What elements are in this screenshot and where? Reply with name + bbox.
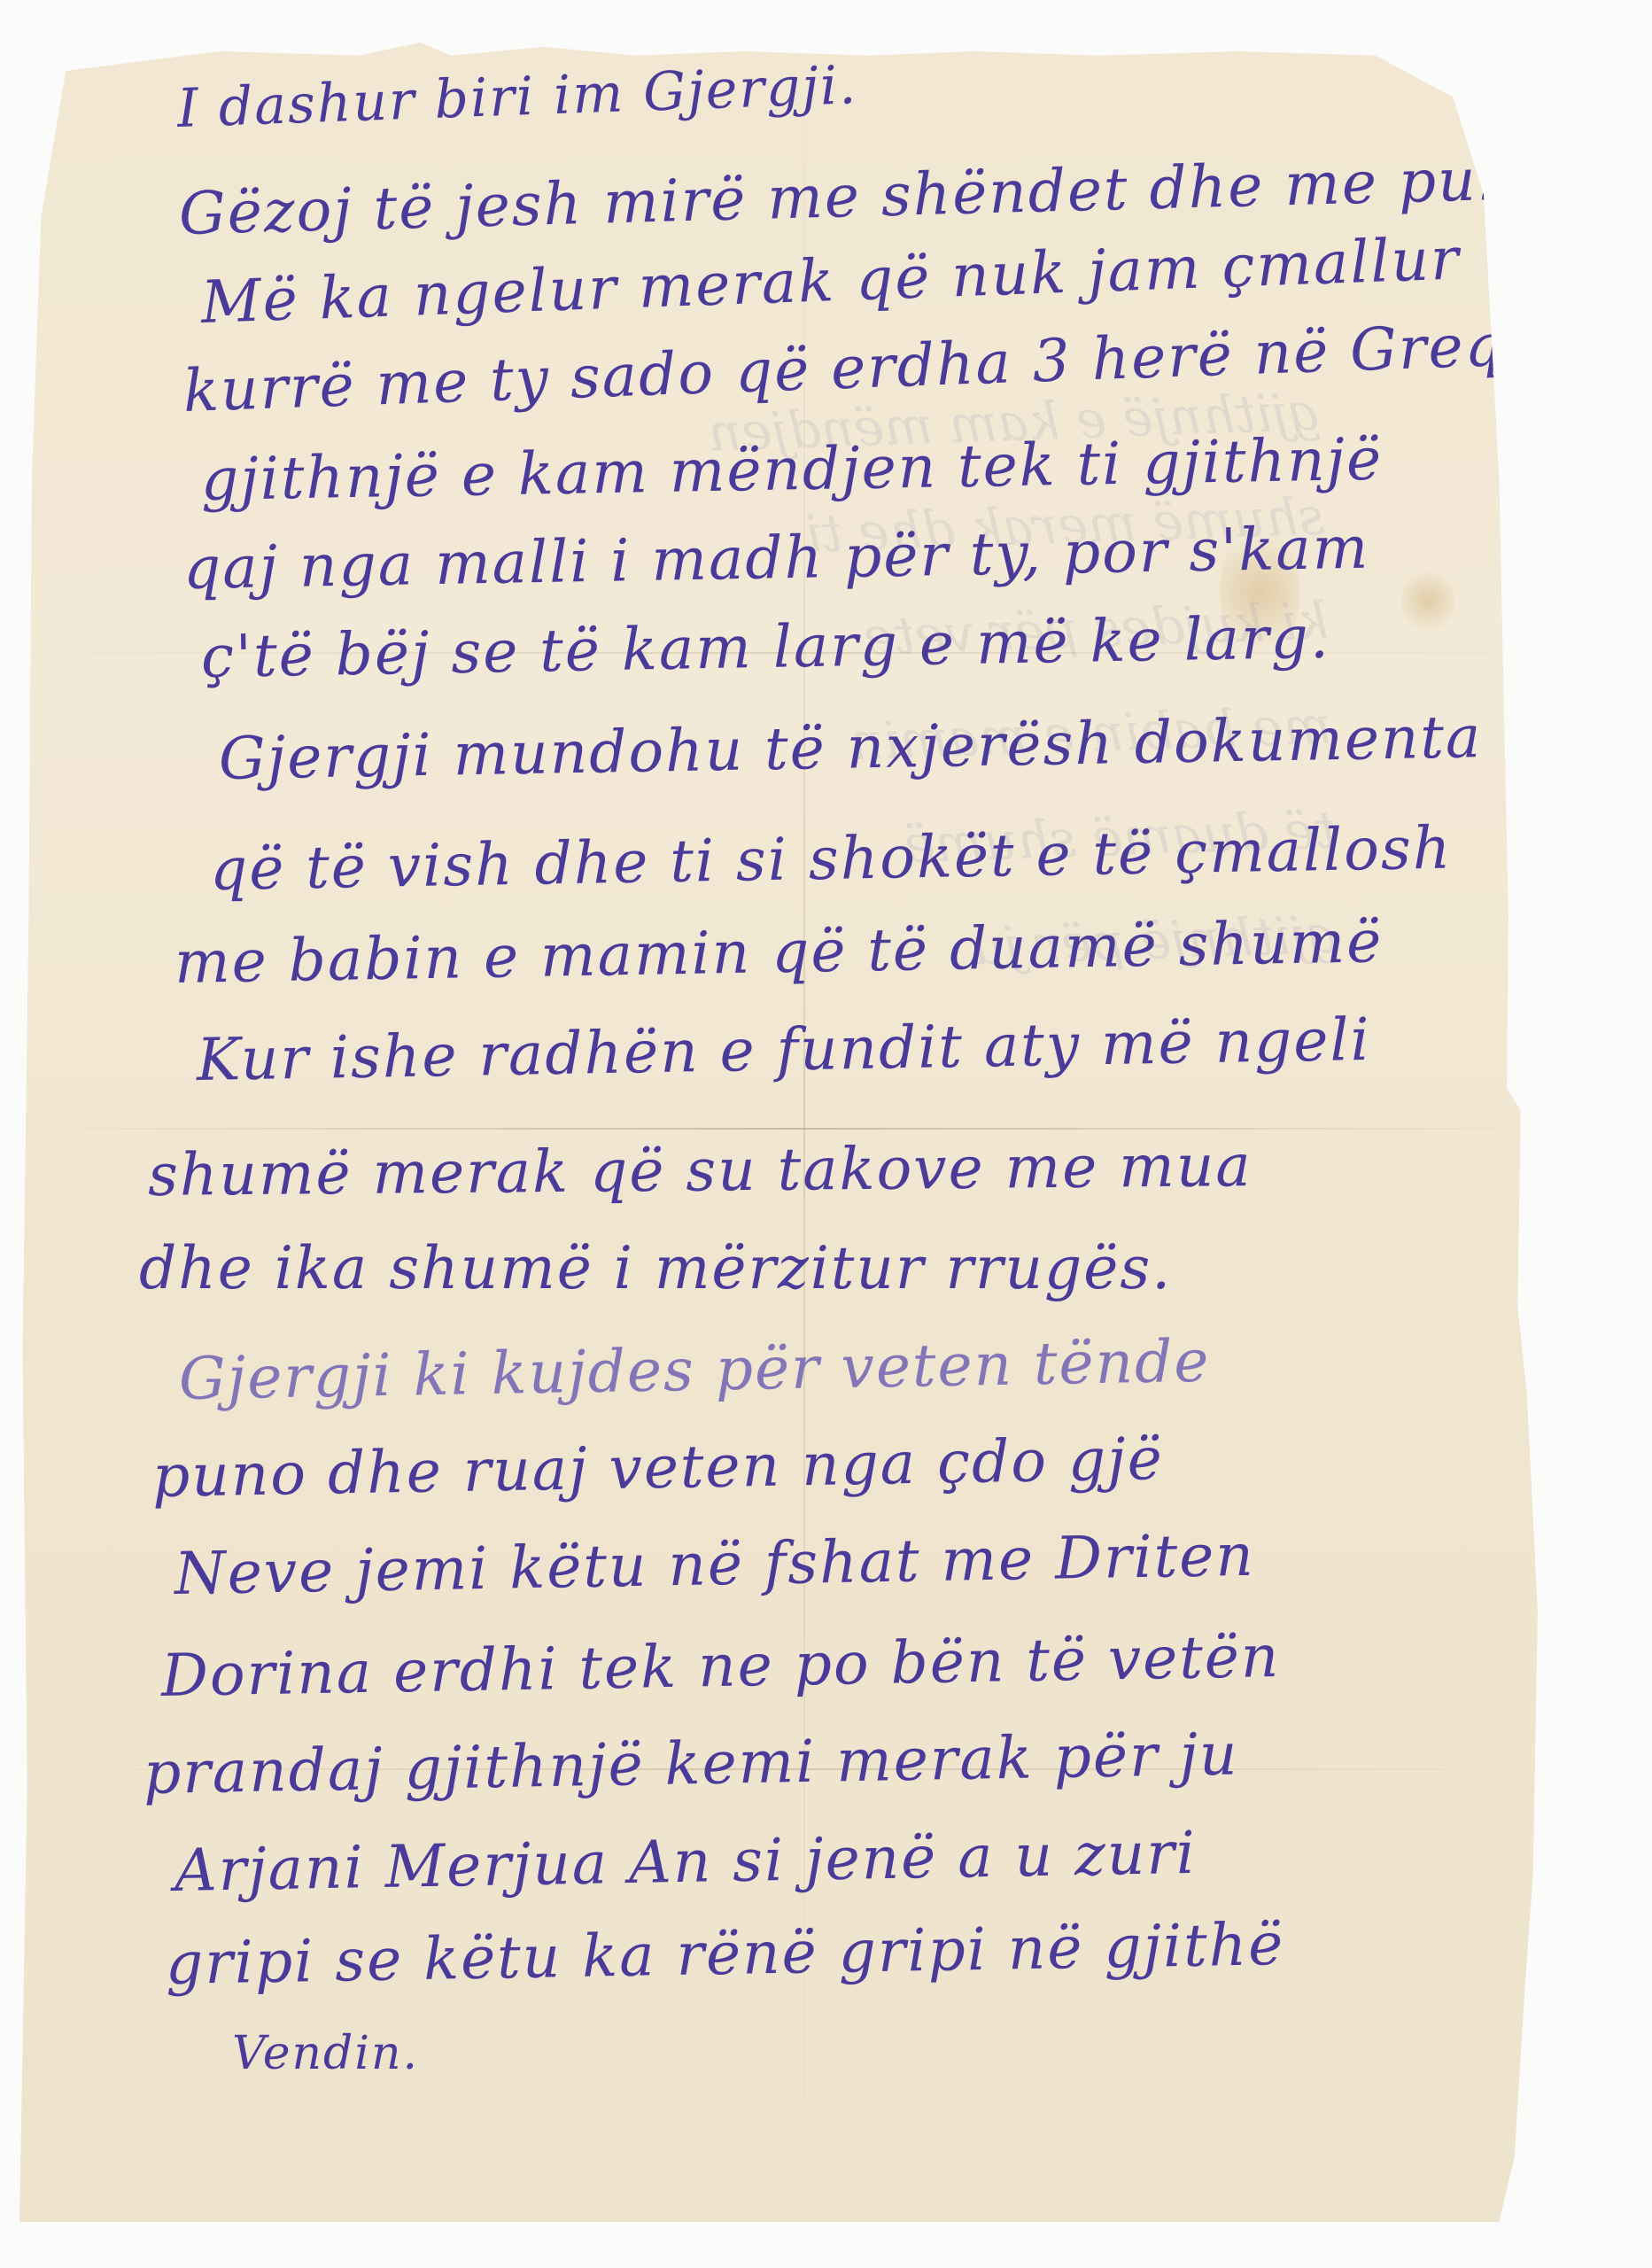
letter-line: Arjani Merjua An si jenë a u zuri bbox=[174, 1819, 1197, 1905]
letter-line: shumë merak që su takove me mua bbox=[148, 1131, 1253, 1209]
letter-line: ç'të bëj se të kam larg e më ke larg. bbox=[200, 603, 1330, 691]
letter-line: dhe ika shumë i mërzitur rrugës. bbox=[139, 1234, 1172, 1302]
letter-line: me babin e mamin që të duamë shumë bbox=[174, 907, 1383, 997]
letter-line: që të vish dhe ti si shokët e të çmallos… bbox=[209, 814, 1453, 904]
letter-line: Dorina erdhi tek ne po bën të vetën bbox=[160, 1622, 1281, 1710]
letter-line: puno dhe ruaj veten nga çdo gjë bbox=[151, 1425, 1164, 1511]
letter-line: prandaj gjithnjë kemi merak për ju bbox=[143, 1720, 1239, 1807]
letter-line: qaj nga malli i madh për ty, por s'kam bbox=[182, 514, 1370, 602]
letter-closing: Vendin. bbox=[232, 2027, 419, 2080]
letter-line: gripi se këtu ka rënë gripi në gjithë bbox=[165, 1910, 1285, 1998]
letter-body: I dashur biri im Gjergji. Gëzoj të jesh … bbox=[19, 43, 1561, 2222]
letter-salutation: I dashur biri im Gjergji. bbox=[176, 54, 858, 140]
letter-line: Gjergji mundohu të nxjerësh dokumenta bbox=[218, 703, 1483, 793]
letter-line: gjithnjë e kam mëndjen tek ti gjithnjë bbox=[200, 425, 1383, 514]
letter-line: Gjergji ki kujdes për veten tënde bbox=[178, 1327, 1211, 1413]
letter-line: Kur ishe radhën e fundit aty më ngeli bbox=[196, 1006, 1371, 1094]
letter-line: Neve jemi këtu në fshat me Driten bbox=[174, 1521, 1255, 1608]
letter-paper: gjithnjë e kam mëndjen shumë merak dhe t… bbox=[19, 43, 1561, 2222]
